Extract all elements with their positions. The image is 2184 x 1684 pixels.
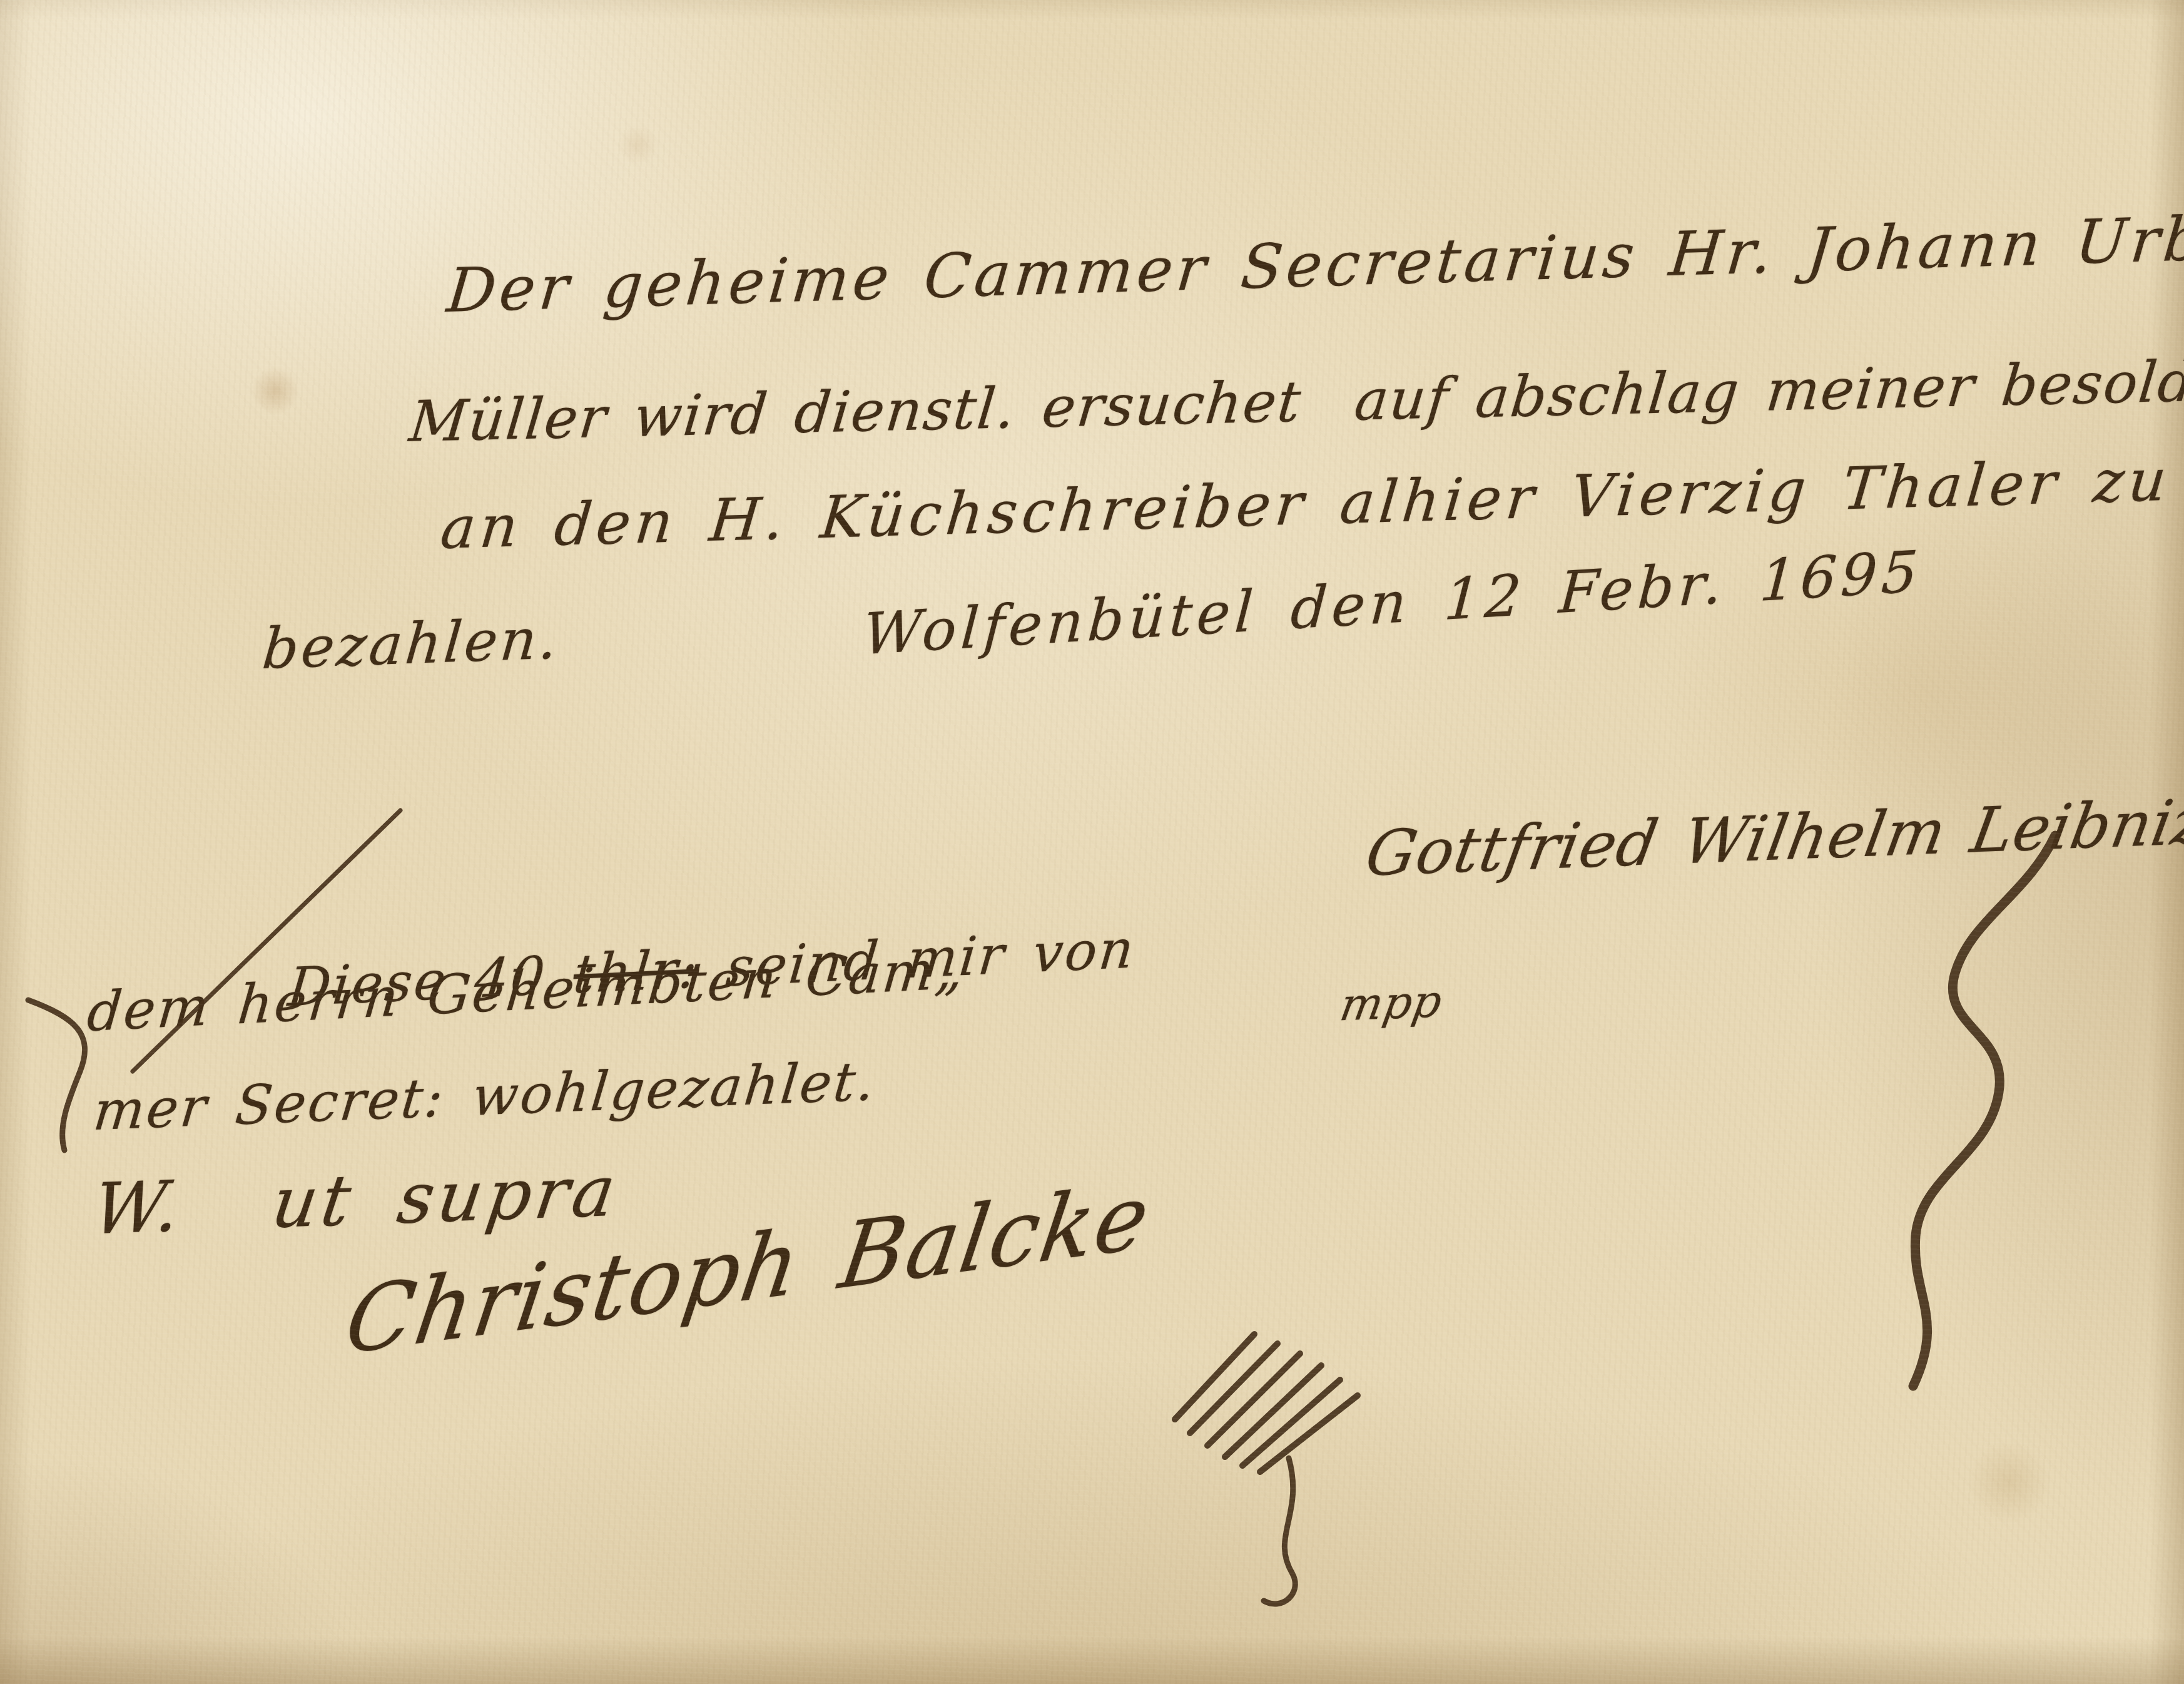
leibniz-signature: Gottfried Wilhelm Leibniz mpp bbox=[1217, 713, 2184, 1112]
leibniz-signature-paraph: mpp bbox=[1336, 975, 1446, 1031]
leibniz-signature-name: Gottfried Wilhelm Leibniz bbox=[1361, 786, 2184, 890]
letter-line-1: Der geheime Cammer Secretarius Hr. Johan… bbox=[444, 200, 2184, 326]
balcke-flourish-curl bbox=[1264, 1458, 1295, 1604]
letter-line-2: Müller wird dienstl. ersuchet auf abschl… bbox=[407, 346, 2184, 455]
receipt-ut-supra: W. ut supra bbox=[88, 1150, 624, 1250]
left-margin-paraph bbox=[28, 1000, 85, 1150]
letter-line-4: bezahlen. bbox=[260, 606, 562, 682]
manuscript-page: Der geheime Cammer Secretarius Hr. Johan… bbox=[0, 0, 2184, 1684]
letter-dateline: Wolfenbütel den 12 Febr. 1695 bbox=[861, 539, 1924, 668]
balcke-hatch-flourish bbox=[1175, 1334, 1358, 1472]
